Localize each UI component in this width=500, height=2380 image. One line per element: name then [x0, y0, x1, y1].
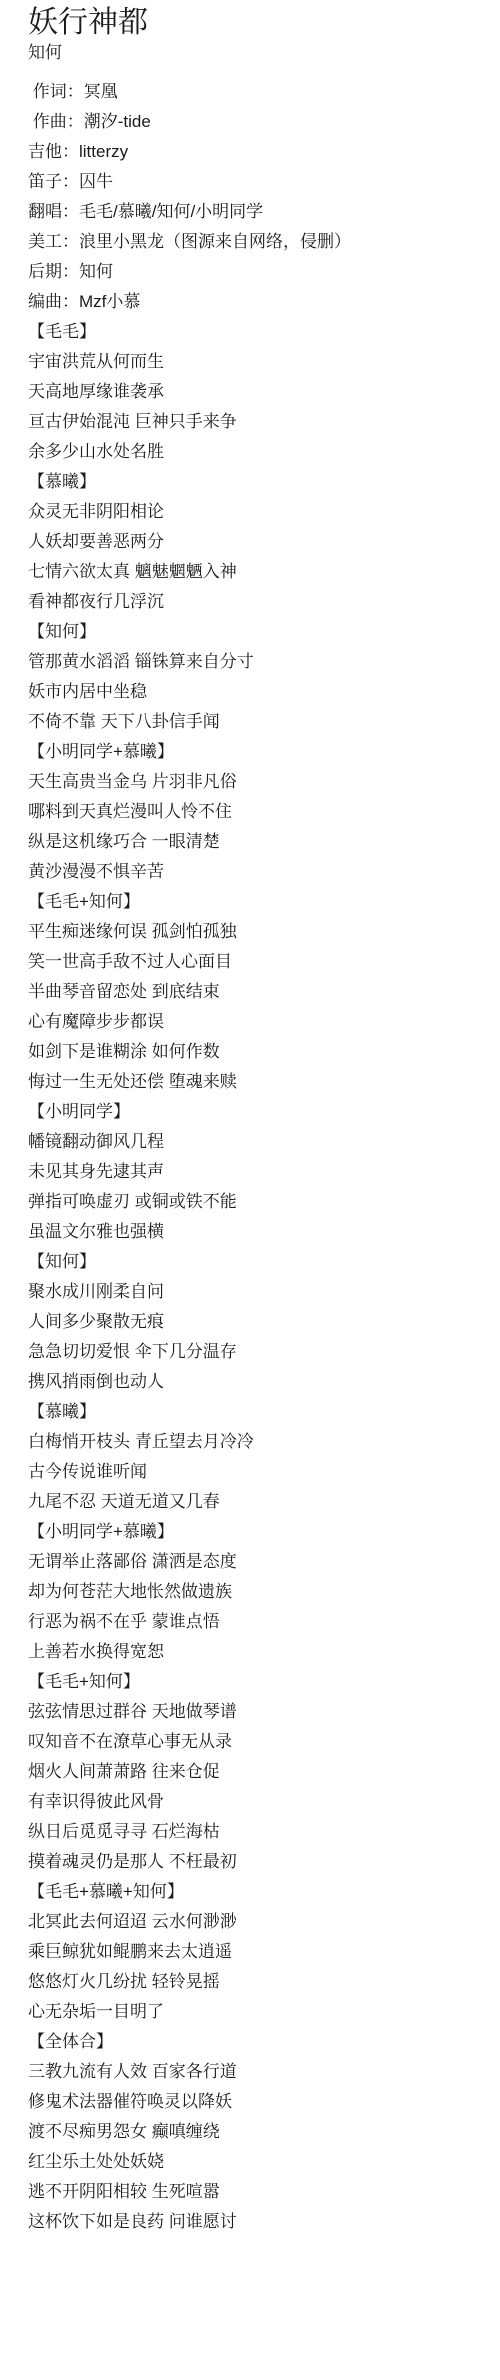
lyric-line: 不倚不靠 天下八卦信手闻	[28, 707, 490, 737]
section-header: 【毛毛+慕曦+知何】	[28, 1877, 490, 1907]
lyric-line: 虽温文尔雅也强横	[28, 1217, 490, 1247]
section-header: 【小明同学+慕曦】	[28, 1517, 490, 1547]
credit-line: 编曲：Mzf小慕	[28, 287, 490, 317]
lyric-line: 携风捎雨倒也动人	[28, 1367, 490, 1397]
section-header: 【慕曦】	[28, 1397, 490, 1427]
lyric-line: 烟火人间萧萧路 往来仓促	[28, 1757, 490, 1787]
section-header: 【全体合】	[28, 2027, 490, 2057]
lyric-line: 无谓举止落鄙俗 潇洒是态度	[28, 1547, 490, 1577]
lyric-line: 北冥此去何迢迢 云水何渺渺	[28, 1907, 490, 1937]
section-header: 【毛毛+知何】	[28, 1667, 490, 1697]
credit-line: 美工：浪里小黑龙（图源来自网络，侵删）	[28, 227, 490, 257]
lyric-line: 却为何苍茫大地怅然做遗族	[28, 1577, 490, 1607]
lyric-line: 人间多少聚散无痕	[28, 1307, 490, 1337]
lyrics-page: 妖行神都 知何 作词：冥凰 作曲：潮汐-tide吉他：litterzy笛子：囚牛…	[0, 0, 500, 2380]
lyric-line: 天高地厚缘谁袭承	[28, 377, 490, 407]
lyric-line: 如剑下是谁糊涂 如何作数	[28, 1037, 490, 1067]
lyric-line: 悠悠灯火几纷扰 轻铃晃摇	[28, 1967, 490, 1997]
lyric-line: 有幸识得彼此风骨	[28, 1787, 490, 1817]
lyric-line: 修鬼术法器催符唤灵以降妖	[28, 2087, 490, 2117]
section-header: 【慕曦】	[28, 467, 490, 497]
lyric-line: 心无杂垢一目明了	[28, 1997, 490, 2027]
lyric-line: 摸着魂灵仍是那人 不枉最初	[28, 1847, 490, 1877]
lyric-line: 三教九流有人效 百家各行道	[28, 2057, 490, 2087]
credit-line: 作曲：潮汐-tide	[28, 107, 490, 137]
credit-line: 作词：冥凰	[28, 77, 490, 107]
credit-line: 翻唱：毛毛/慕曦/知何/小明同学	[28, 197, 490, 227]
credit-line: 吉他：litterzy	[28, 137, 490, 167]
lyric-line: 笑一世高手敌不过人心面目	[28, 947, 490, 977]
lyric-line: 七情六欲太真 魑魅魍魉入神	[28, 557, 490, 587]
section-header: 【小明同学】	[28, 1097, 490, 1127]
lyric-line: 妖市内居中坐稳	[28, 677, 490, 707]
lyric-line: 叹知音不在潦草心事无从录	[28, 1727, 490, 1757]
lyric-line: 乘巨鲸犹如鲲鹏来去太逍遥	[28, 1937, 490, 1967]
lyric-line: 红尘乐土处处妖娆	[28, 2147, 490, 2177]
lyric-line: 弦弦情思过群谷 天地做琴谱	[28, 1697, 490, 1727]
lyric-line: 九尾不忍 天道无道又几春	[28, 1487, 490, 1517]
section-header: 【毛毛】	[28, 317, 490, 347]
lyric-line: 上善若水换得宽恕	[28, 1637, 490, 1667]
lyrics-body: 作词：冥凰 作曲：潮汐-tide吉他：litterzy笛子：囚牛翻唱：毛毛/慕曦…	[28, 77, 490, 2237]
artist-name: 知何	[28, 40, 490, 66]
lyric-line: 弹指可唤虚刃 或铜或铁不能	[28, 1187, 490, 1217]
lyric-line: 平生痴迷缘何误 孤剑怕孤独	[28, 917, 490, 947]
lyric-line: 人妖却要善恶两分	[28, 527, 490, 557]
lyric-line: 余多少山水处名胜	[28, 437, 490, 467]
lyric-line: 天生高贵当金乌 片羽非凡俗	[28, 767, 490, 797]
lyric-line: 半曲琴音留恋处 到底结束	[28, 977, 490, 1007]
lyric-line: 纵日后觅觅寻寻 石烂海枯	[28, 1817, 490, 1847]
lyric-line: 宇宙洪荒从何而生	[28, 347, 490, 377]
lyric-line: 心有魔障步步都误	[28, 1007, 490, 1037]
credit-line: 笛子：囚牛	[28, 167, 490, 197]
lyric-line: 逃不开阴阳相较 生死喧嚣	[28, 2177, 490, 2207]
lyric-line: 亘古伊始混沌 巨神只手来争	[28, 407, 490, 437]
lyric-line: 这杯饮下如是良药 问谁愿讨	[28, 2207, 490, 2237]
lyric-line: 幡镜翻动御风几程	[28, 1127, 490, 1157]
section-header: 【知何】	[28, 1247, 490, 1277]
lyric-line: 古今传说谁听闻	[28, 1457, 490, 1487]
lyric-line: 白梅悄开枝头 青丘望去月冷冷	[28, 1427, 490, 1457]
lyric-line: 悔过一生无处还偿 堕魂来赎	[28, 1067, 490, 1097]
credit-line: 后期：知何	[28, 257, 490, 287]
lyric-line: 急急切切爱恨 伞下几分温存	[28, 1337, 490, 1367]
lyric-line: 看神都夜行几浮沉	[28, 587, 490, 617]
lyric-line: 众灵无非阴阳相论	[28, 497, 490, 527]
lyric-line: 未见其身先逮其声	[28, 1157, 490, 1187]
lyric-line: 纵是这机缘巧合 一眼清楚	[28, 827, 490, 857]
lyric-line: 行恶为祸不在乎 蒙谁点悟	[28, 1607, 490, 1637]
lyric-line: 渡不尽痴男怨女 癫嗔缠绕	[28, 2117, 490, 2147]
section-header: 【毛毛+知何】	[28, 887, 490, 917]
section-header: 【小明同学+慕曦】	[28, 737, 490, 767]
section-header: 【知何】	[28, 617, 490, 647]
lyric-line: 哪料到天真烂漫叫人怜不住	[28, 797, 490, 827]
lyric-line: 聚水成川刚柔自问	[28, 1277, 490, 1307]
song-title: 妖行神都	[28, 6, 490, 40]
lyric-line: 黄沙漫漫不惧辛苦	[28, 857, 490, 887]
lyric-line: 管那黄水滔滔 锱铢算来自分寸	[28, 647, 490, 677]
